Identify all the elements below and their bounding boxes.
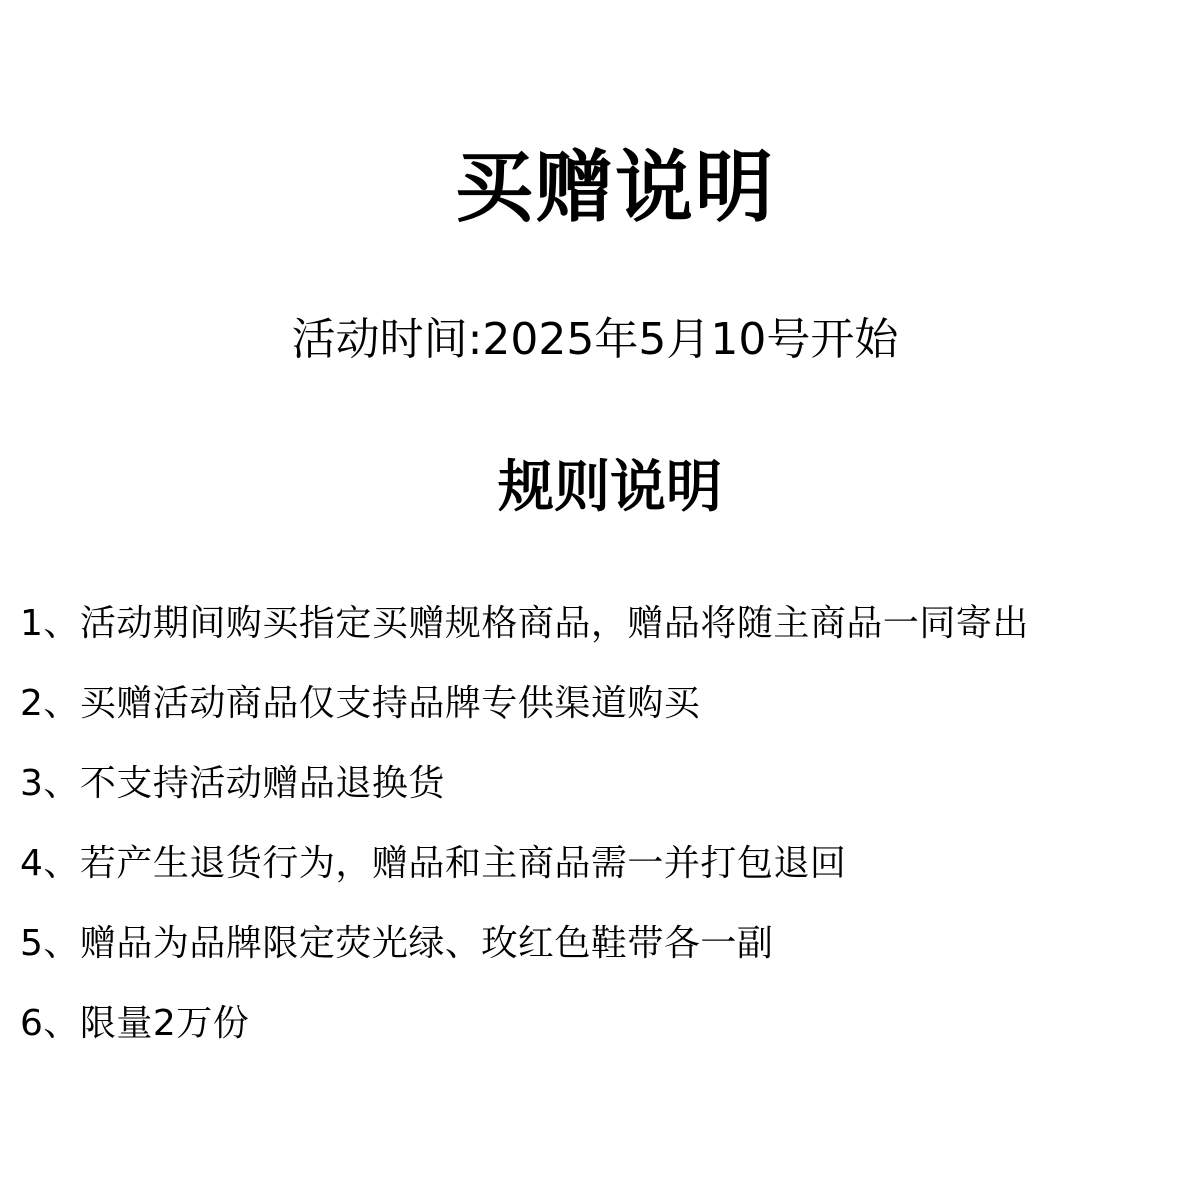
rules-list: 1、活动期间购买指定买赠规格商品，赠品将随主商品一同寄出 2、买赠活动商品仅支持…	[20, 598, 1029, 1078]
rule-item: 4、若产生退货行为，赠品和主商品需一并打包退回	[20, 838, 1029, 918]
page-title: 买赠说明	[0, 140, 1200, 236]
rule-item: 1、活动期间购买指定买赠规格商品，赠品将随主商品一同寄出	[20, 598, 1029, 678]
rule-item: 6、限量2万份	[20, 998, 1029, 1078]
rule-item: 5、赠品为品牌限定荧光绿、玫红色鞋带各一副	[20, 918, 1029, 998]
activity-time: 活动时间:2025年5月10号开始	[0, 308, 1195, 372]
rule-item: 3、不支持活动赠品退换货	[20, 758, 1029, 838]
rule-item: 2、买赠活动商品仅支持品牌专供渠道购买	[20, 678, 1029, 758]
rules-heading: 规则说明	[0, 450, 1200, 526]
